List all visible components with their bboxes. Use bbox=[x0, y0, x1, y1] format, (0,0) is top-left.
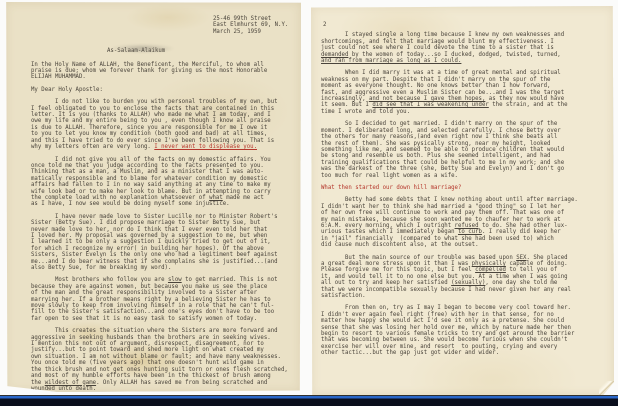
text-segment: to curb bbox=[458, 229, 482, 235]
folded-corner bbox=[599, 381, 614, 396]
text-segment: My Dear Holy Apostle: bbox=[31, 87, 103, 93]
text-segment: I do not like to burden you with persona… bbox=[31, 99, 278, 150]
letter-page-1: 25-46 99th Street East Elmhurst 69, N.Y.… bbox=[5, 2, 301, 392]
body-paragraph: This creates the situation where the Sis… bbox=[31, 328, 297, 392]
body-paragraph: From then on, try as I may I began to be… bbox=[321, 305, 608, 356]
text-segment: SEX bbox=[516, 255, 526, 261]
text-segment: What then started our down hill marriage… bbox=[321, 185, 461, 191]
text-segment: physically bbox=[472, 261, 506, 267]
text-segment: refused bbox=[455, 223, 479, 229]
date-line: March 25, 1959 bbox=[213, 29, 297, 35]
text-segment: wildest of game bbox=[45, 380, 96, 386]
text-segment: to get married. This is not because they… bbox=[31, 277, 278, 321]
page-2-body: I stayed single a long time because I kn… bbox=[321, 32, 608, 356]
text-segment: But the main source of our trouble was b… bbox=[321, 255, 516, 261]
text-segment: From then on, try as I may I began to be… bbox=[321, 305, 574, 356]
text-segment: and ran from marriage as long as I could… bbox=[321, 58, 461, 64]
text-segment: In the Holy Name of ALLAH, the Beneficen… bbox=[31, 62, 267, 81]
body-paragraph: I have never made love to Sister Lucille… bbox=[31, 214, 297, 272]
body-paragraph: So I decided to get married. I didn't ma… bbox=[321, 121, 608, 179]
taskbar-edge bbox=[0, 395, 618, 406]
text-segment: and not because I gave them hopes, bbox=[369, 96, 485, 102]
text-segment: This creates the situation where the Sis… bbox=[31, 328, 288, 385]
body-paragraph: When I did marry it was at a time of gre… bbox=[321, 70, 608, 115]
body-paragraph: Betty had some debts that I knew nothing… bbox=[321, 197, 608, 248]
sender-address-block: 25-46 99th Street East Elmhurst 69, N.Y.… bbox=[213, 16, 297, 35]
address-line: East Elmhurst 69, N.Y. bbox=[213, 22, 297, 28]
text-segment: did see that I was weakening under bbox=[372, 102, 488, 108]
letter-page-2: 2 I stayed single a long time because I … bbox=[311, 6, 614, 396]
red-heading: What then started our down hill marriage… bbox=[321, 185, 608, 191]
body-paragraph: Most brothers who follow you are slow to… bbox=[31, 277, 297, 322]
text-segment: slow bbox=[168, 277, 182, 283]
page-1-body: In the Holy Name of ALLAH, the Beneficen… bbox=[31, 62, 297, 393]
text-segment: demanded bbox=[321, 52, 348, 58]
greeting: My Dear Holy Apostle: bbox=[31, 87, 297, 93]
text-segment: I stayed single a long time because I kn… bbox=[321, 32, 564, 51]
body-paragraph: I do not like to burden you with persona… bbox=[31, 99, 297, 150]
text-segment: compelled bbox=[475, 267, 506, 273]
text-segment: I have never made love to Sister Lucille… bbox=[31, 214, 278, 271]
text-segment: So I decided to get married. I didn't ma… bbox=[321, 121, 564, 178]
text-segment: by the women of today...so I ducked, dod… bbox=[348, 52, 560, 58]
page-number: 2 bbox=[323, 22, 608, 28]
text-segment: Most brothers who follow you are bbox=[31, 277, 168, 283]
body-paragraph: I stayed single a long time because I kn… bbox=[321, 32, 608, 64]
text-segment: what bbox=[209, 195, 223, 201]
text-segment: (sexually) bbox=[451, 280, 485, 286]
body-paragraph: I did not give you all of the facts on m… bbox=[31, 157, 297, 208]
body-paragraph: But the main source of our trouble was b… bbox=[321, 255, 608, 300]
invocation: In the Holy Name of ALLAH, the Beneficen… bbox=[31, 62, 297, 81]
text-segment: I never want to displease you. bbox=[154, 144, 257, 150]
erased-text-smudge bbox=[110, 44, 175, 53]
